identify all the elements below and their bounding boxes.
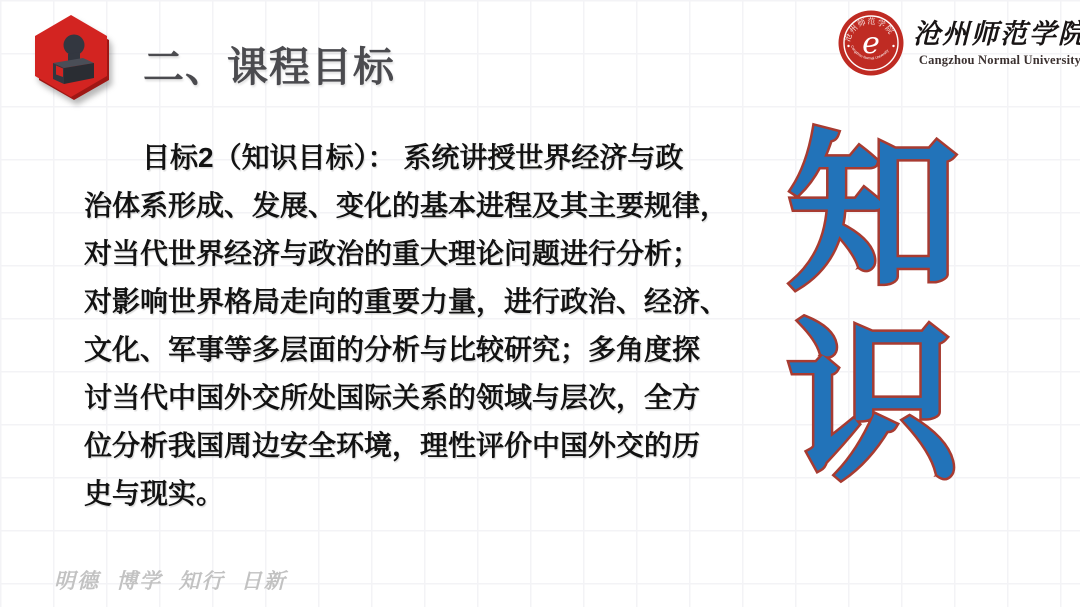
objective-text-line: 对当代世界经济与政治的重大理论问题进行分析； [84, 230, 744, 278]
university-name-block: 沧州师范学院 Cangzhou Normal University [913, 18, 1080, 68]
svg-text:识: 识 [787, 308, 962, 490]
objective-text-line: 讨当代中国外交所处国际关系的领域与层次，全方 [84, 374, 744, 422]
objective-text-line: 位分析我国周边安全环境，理性评价中国外交的历 [84, 422, 744, 470]
objective-text-line: 对影响世界格局走向的重要力量，进行政治、经济、 [84, 278, 744, 326]
objective-text-line: 目标2（知识目标）： 系统讲授世界经济与政 [84, 134, 744, 182]
highlight-character-knowledge-2: 识 [776, 300, 971, 490]
objective-text-line: 治体系形成、发展、变化的基本进程及其主要规律， [84, 182, 744, 230]
presentation-slide: 二、课程目标 沧州师范学院 e Cangzhou Normal Universi… [0, 0, 1080, 607]
knowledge-highlight: 知 识 [776, 110, 971, 490]
university-seal-icon: 沧州师范学院 e Cangzhou Normal University [838, 10, 904, 76]
school-motto-watermark: 明德 博学 知行 日新 [54, 565, 287, 595]
svg-text:知: 知 [787, 118, 959, 300]
slide-title: 二、课程目标 [143, 34, 395, 93]
university-logo: 沧州师范学院 e Cangzhou Normal University 沧州师范… [838, 10, 1080, 76]
objective-text-line: 文化、军事等多层面的分析与比较研究；多角度探 [84, 326, 744, 374]
university-name-chinese: 沧州师范学院 [913, 18, 1080, 52]
highlight-character-knowledge-1: 知 [776, 110, 971, 300]
university-name-english: Cangzhou Normal University [919, 52, 1080, 68]
objective-paragraph: 目标2（知识目标）： 系统讲授世界经济与政 治体系形成、发展、变化的基本进程及其… [84, 134, 744, 518]
objective-text-line: 史与现实。 [84, 470, 744, 518]
lecturer-hexagon-icon [30, 12, 114, 104]
